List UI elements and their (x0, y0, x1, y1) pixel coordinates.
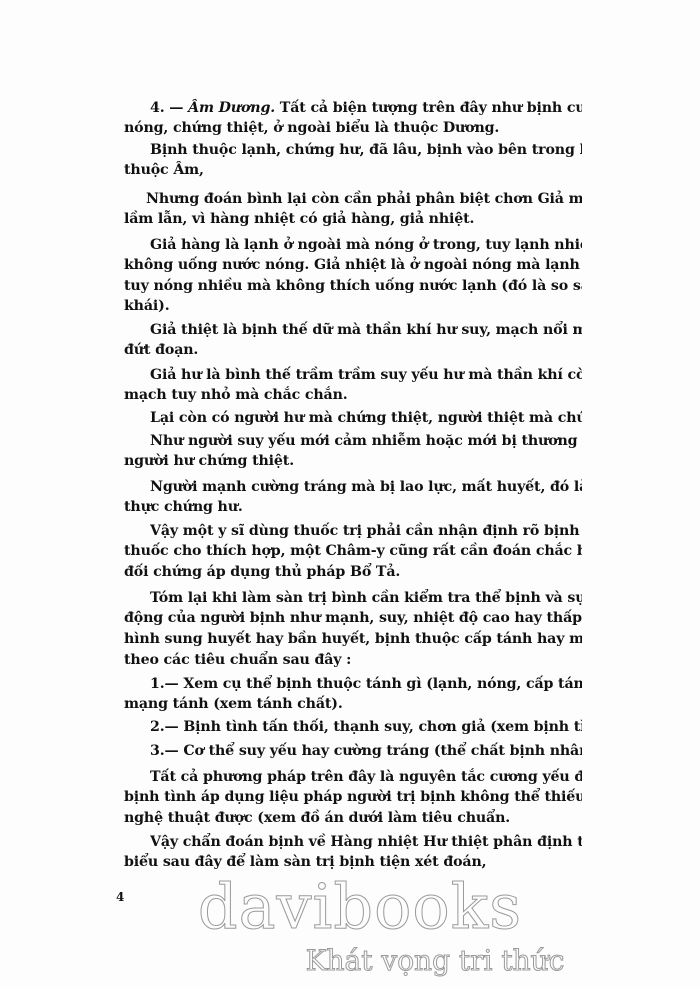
text-line: biểu sau đây để làm sàn trị bịnh tiện xé… (124, 853, 582, 871)
watermark-tagline: Khát vọng tri thức (150, 944, 570, 978)
text-line: Tất cả phương pháp trên đây là nguyên tắ… (150, 768, 582, 786)
text-line: động của người bịnh như mạnh, suy, nhiệt… (124, 609, 582, 627)
section-heading-line: 4. — Âm Dương. Tất cả biện tượng trên đâ… (150, 99, 582, 117)
text-line: Người mạnh cường tráng mà bị lao lực, mấ… (150, 478, 582, 496)
text-line: bịnh tình áp dụng liệu pháp người trị bị… (124, 788, 582, 806)
text-line: theo các tiêu chuẩn sau đây : (124, 651, 582, 669)
list-item-3: 3.— Cơ thể suy yếu hay cường tráng (thể … (150, 742, 582, 760)
text-line: hình sung huyết hay bần huyết, bịnh thuộ… (124, 630, 582, 648)
text-line: Giả hàng là lạnh ở ngoài mà nóng ở trong… (150, 236, 582, 254)
section-title: Âm Dương. (188, 100, 275, 116)
text-line: Vậy chẩn đoán bịnh về Hàng nhiệt Hư thiệ… (150, 833, 582, 851)
text-line: khái). (124, 297, 582, 315)
text-line: Bịnh thuộc lạnh, chứng hư, đã lâu, bịnh … (150, 141, 582, 159)
text-line: mạng tánh (xem tánh chất). (124, 695, 582, 713)
list-item-2: 2.— Bịnh tình tấn thối, thạnh suy, chơn … (150, 718, 582, 736)
text-line: người hư chứng thiệt. (124, 452, 582, 470)
text-line: thuộc Âm, (124, 161, 582, 179)
text-span: Tất cả biện tượng trên đây như bịnh cuộc (275, 100, 582, 116)
text-line: tuy nóng nhiều mà không thích uống nước … (124, 277, 582, 295)
text-line: Vậy một y sĩ dùng thuốc trị phải cần nhậ… (150, 522, 582, 540)
text-line: nghệ thuật được (xem đồ án dưới làm tiêu… (124, 809, 582, 827)
text-line: thuốc cho thích hợp, một Châm-y cũng rất… (124, 542, 582, 560)
text-line: đứt đoạn. (124, 341, 582, 359)
page-number: 4 (116, 890, 124, 904)
text-line: nóng, chứng thiệt, ở ngoài biểu là thuộc… (124, 119, 582, 137)
text-line: Tóm lại khi làm sàn trị bình cần kiểm tr… (150, 589, 582, 607)
text-line: Nhưng đoán bình lại còn cần phải phân bi… (146, 190, 582, 208)
text-line: Giả hư là bình thế trầm trầm suy yếu hư … (150, 366, 582, 384)
text-line: thực chứng hư. (124, 498, 582, 516)
text-line: lầm lẫn, vì hàng nhiệt có giả hàng, giả … (124, 210, 582, 228)
text-line: mạch tuy nhỏ mà chắc chắn. (124, 386, 582, 404)
section-number: 4. — (150, 100, 188, 116)
text-line: Giả thiệt là bịnh thế dữ mà thần khí hư … (150, 321, 582, 339)
text-line: đối chứng áp dụng thủ pháp Bổ Tả. (124, 563, 582, 581)
text-line: Lại còn có người hư mà chứng thiệt, ngườ… (150, 409, 582, 427)
list-item-1: 1.— Xem cụ thể bịnh thuộc tánh gì (lạnh,… (150, 675, 582, 693)
text-line: Như người suy yếu mới cảm nhiễm hoặc mới… (150, 432, 582, 450)
text-line: không uống nước nóng. Giả nhiệt là ở ngo… (124, 256, 582, 274)
book-page: 4. — Âm Dương. Tất cả biện tượng trên đâ… (0, 0, 700, 989)
watermark-brand: davibooks (150, 872, 570, 942)
